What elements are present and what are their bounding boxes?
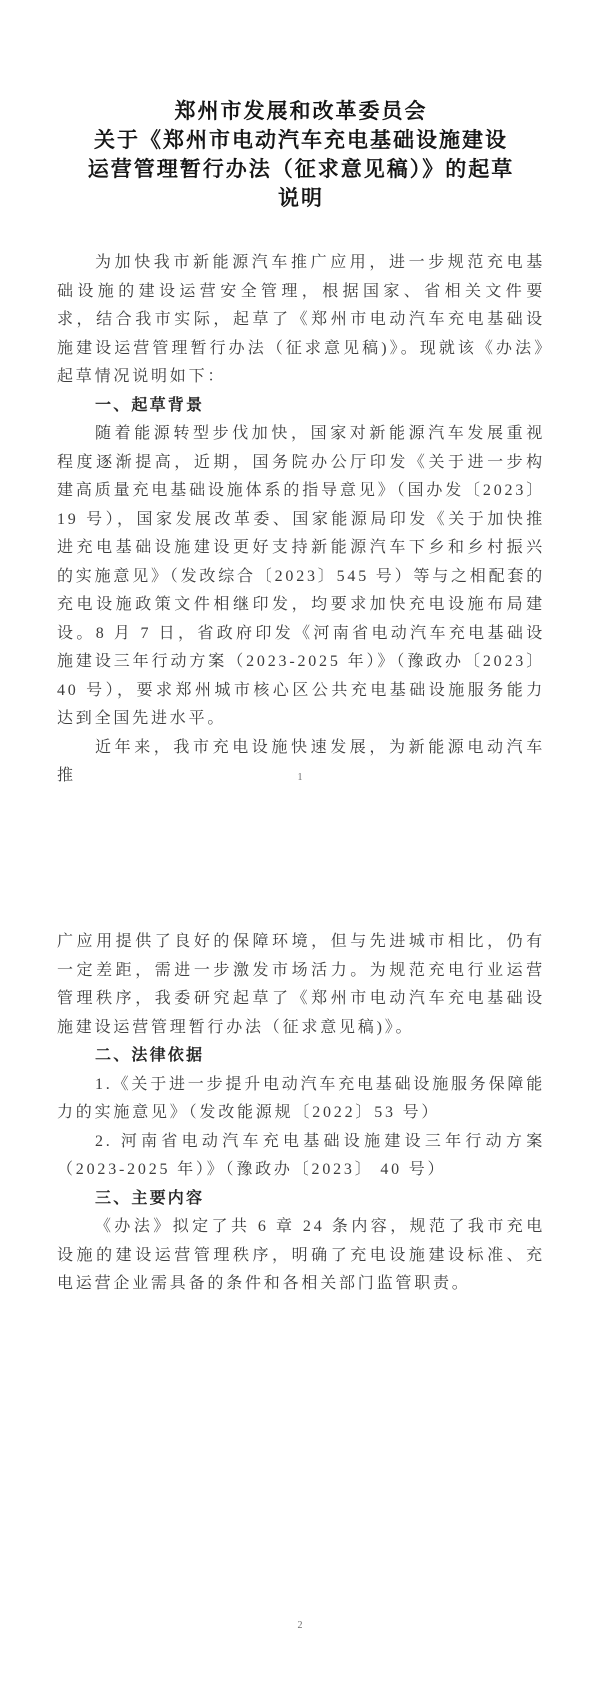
page-number-1: 1: [0, 771, 600, 785]
section-heading-legal-basis: 二、法律依据: [57, 1042, 545, 1071]
legal-basis-item-2: 2. 河南省电动汽车充电基础设施建设三年行动方案（2023-2025 年）》（豫…: [57, 1128, 545, 1185]
section-heading-background: 一、起草背景: [57, 392, 545, 421]
legal-basis-item-1: 1.《关于进一步提升电动汽车充电基础设施服务保障能力的实施意见》（发改能源规〔2…: [57, 1071, 545, 1128]
page-number-2: 2: [0, 1619, 600, 1633]
paragraph-recent-development-continued: 广应用提供了良好的保障环境，但与先进城市相比，仍有一定差距，需进一步激发市场活力…: [57, 928, 545, 1042]
section-heading-main-content: 三、主要内容: [57, 1185, 545, 1214]
page-2-content: 广应用提供了良好的保障环境，但与先进城市相比，仍有一定差距，需进一步激发市场活力…: [0, 848, 600, 1299]
page-1-content: 郑州市发展和改革委员会 关于《郑州市电动汽车充电基础设施建设 运营管理暂行办法（…: [0, 0, 600, 791]
title-line-4: 说明: [57, 184, 545, 213]
title-line-2: 关于《郑州市电动汽车充电基础设施建设: [57, 126, 545, 155]
document-title: 郑州市发展和改革委员会 关于《郑州市电动汽车充电基础设施建设 运营管理暂行办法（…: [57, 0, 545, 213]
document: 郑州市发展和改革委员会 关于《郑州市电动汽车充电基础设施建设 运营管理暂行办法（…: [0, 0, 600, 1697]
paragraph-intro: 为加快我市新能源汽车推广应用，进一步规范充电基础设施的建设运营安全管理，根据国家…: [57, 249, 545, 392]
title-line-1: 郑州市发展和改革委员会: [57, 97, 545, 126]
page-1: 郑州市发展和改革委员会 关于《郑州市电动汽车充电基础设施建设 运营管理暂行办法（…: [0, 0, 600, 848]
page-2-body: 广应用提供了良好的保障环境，但与先进城市相比，仍有一定差距，需进一步激发市场活力…: [57, 848, 545, 1299]
paragraph-main-content: 《办法》拟定了共 6 章 24 条内容，规范了我市充电设施的建设运营管理秩序，明…: [57, 1213, 545, 1299]
page-2: 广应用提供了良好的保障环境，但与先进城市相比，仍有一定差距，需进一步激发市场活力…: [0, 848, 600, 1697]
paragraph-background: 随着能源转型步伐加快，国家对新能源汽车发展重视程度逐渐提高，近期，国务院办公厅印…: [57, 420, 545, 734]
page-1-body: 为加快我市新能源汽车推广应用，进一步规范充电基础设施的建设运营安全管理，根据国家…: [57, 249, 545, 791]
title-line-3: 运营管理暂行办法（征求意见稿）》的起草: [57, 155, 545, 184]
